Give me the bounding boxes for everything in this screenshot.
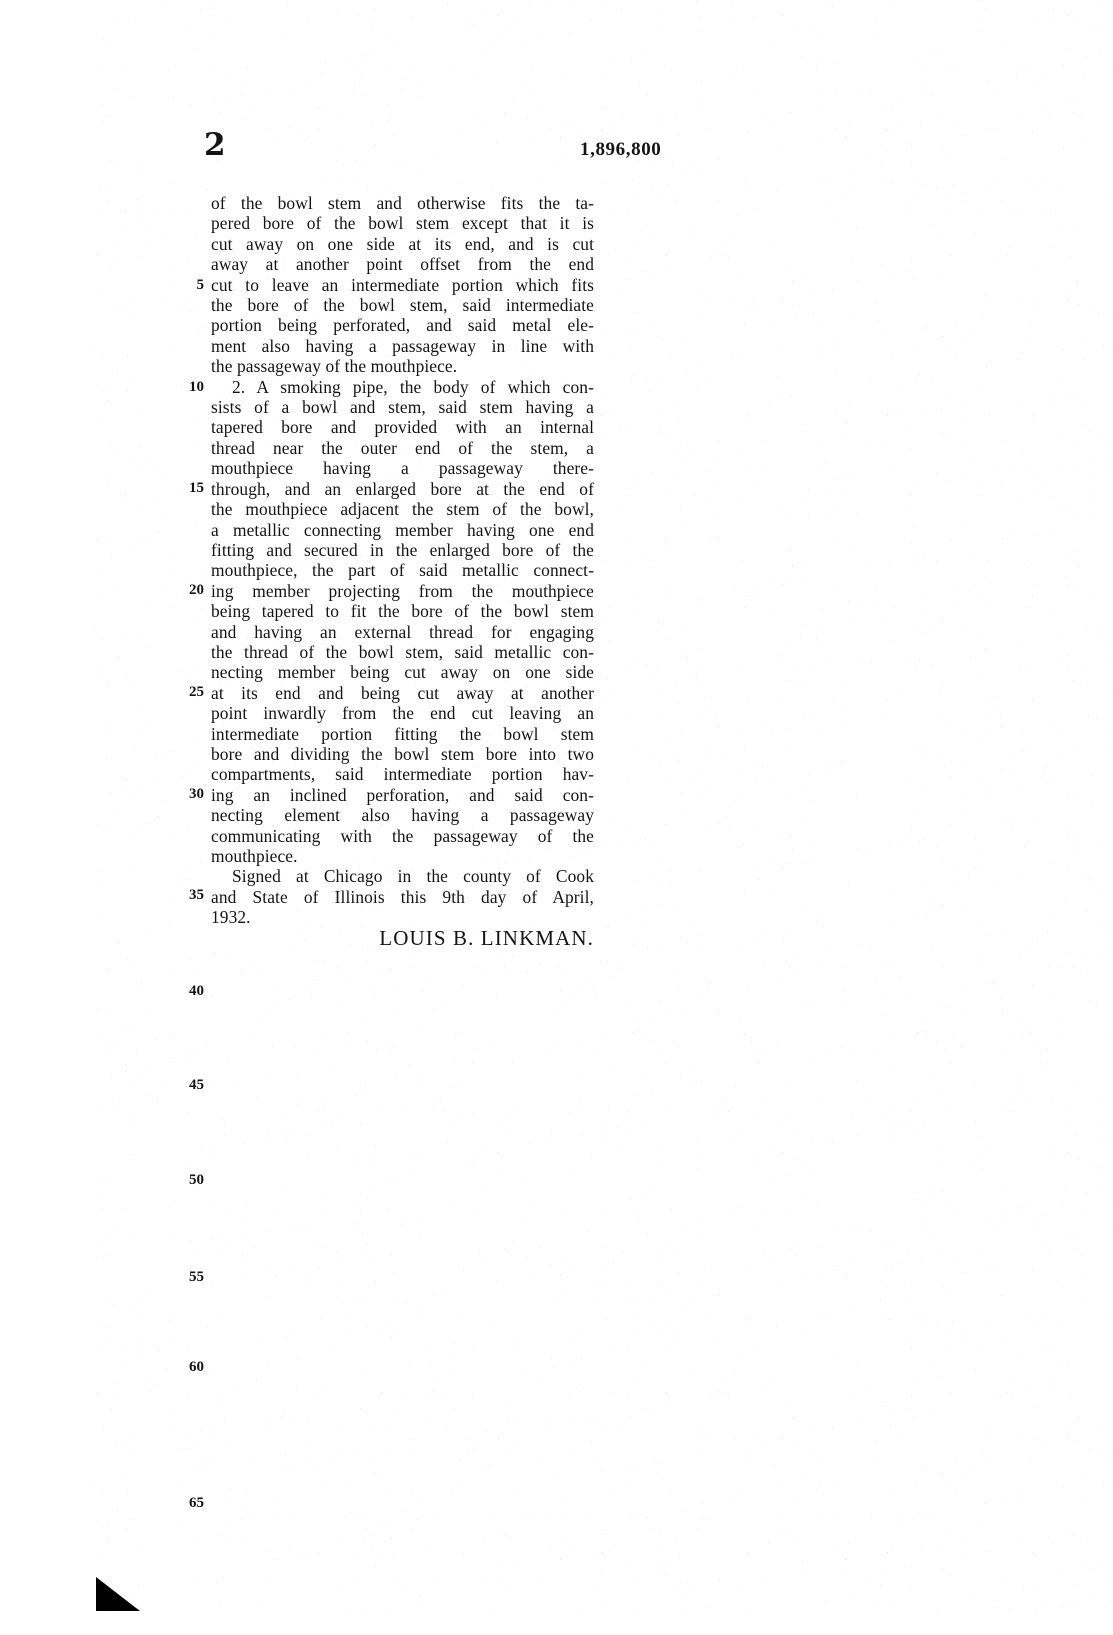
body-line: a metallic connecting member having one … — [211, 520, 594, 540]
patent-page: 2 1,896,800 5101520253035404550556065 of… — [0, 0, 1113, 1635]
margin-line-number: 65 — [158, 1495, 204, 1511]
body-line: the bore of the bowl stem, said intermed… — [211, 295, 594, 315]
body-line: 2. A smoking pipe, the body of which con… — [211, 377, 594, 397]
scan-corner-artifact — [96, 1577, 140, 1611]
margin-line-number: 15 — [158, 480, 204, 496]
page-number: 2 — [204, 128, 226, 162]
body-line: 1932. — [211, 907, 594, 927]
body-line: sists of a bowl and stem, said stem havi… — [211, 397, 594, 417]
margin-line-number: 20 — [158, 582, 204, 598]
body-line: and having an external thread for engagi… — [211, 622, 594, 642]
body-line: through, and an enlarged bore at the end… — [211, 479, 594, 499]
body-line: at its end and being cut away at another — [211, 683, 594, 703]
body-line: the mouthpiece adjacent the stem of the … — [211, 499, 594, 519]
margin-line-number: 25 — [158, 684, 204, 700]
margin-line-number: 10 — [158, 379, 204, 395]
body-line: point inwardly from the end cut leaving … — [211, 703, 594, 723]
margin-line-number: 40 — [158, 983, 204, 999]
body-line: ing member projecting from the mouthpiec… — [211, 581, 594, 601]
body-line: the thread of the bowl stem, said metall… — [211, 642, 594, 662]
body-line: and State of Illinois this 9th day of Ap… — [211, 887, 594, 907]
claims-text-column: of the bowl stem and otherwise fits the … — [211, 193, 594, 928]
body-line: communicating with the passageway of the — [211, 826, 594, 846]
margin-line-number: 60 — [158, 1359, 204, 1375]
body-line: portion being perforated, and said metal… — [211, 315, 594, 335]
margin-line-number: 45 — [158, 1077, 204, 1093]
body-line: mouthpiece having a passageway there- — [211, 458, 594, 478]
margin-line-number: 55 — [158, 1269, 204, 1285]
body-line: compartments, said intermediate portion … — [211, 764, 594, 784]
body-line: mouthpiece, the part of said metallic co… — [211, 560, 594, 580]
body-line: mouthpiece. — [211, 846, 594, 866]
body-line: pered bore of the bowl stem except that … — [211, 213, 594, 233]
body-line: of the bowl stem and otherwise fits the … — [211, 193, 594, 213]
body-line: tapered bore and provided with an intern… — [211, 417, 594, 437]
body-line: cut away on one side at its end, and is … — [211, 234, 594, 254]
body-line: fitting and secured in the enlarged bore… — [211, 540, 594, 560]
body-line: Signed at Chicago in the county of Cook — [211, 866, 594, 886]
body-line: necting element also having a passageway — [211, 805, 594, 825]
signature-name: LOUIS B. LINKMAN. — [211, 926, 594, 950]
body-line: ing an inclined perforation, and said co… — [211, 785, 594, 805]
margin-line-number: 30 — [158, 786, 204, 802]
body-line: intermediate portion fitting the bowl st… — [211, 724, 594, 744]
body-line: being tapered to fit the bore of the bow… — [211, 601, 594, 621]
margin-line-number: 50 — [158, 1172, 204, 1188]
body-line: the passageway of the mouthpiece. — [211, 356, 594, 376]
margin-line-number: 35 — [158, 887, 204, 903]
body-line: bore and dividing the bowl stem bore int… — [211, 744, 594, 764]
body-line: ment also having a passageway in line wi… — [211, 336, 594, 356]
margin-line-number: 5 — [158, 277, 204, 293]
body-line: necting member being cut away on one sid… — [211, 662, 594, 682]
patent-number: 1,896,800 — [580, 139, 661, 161]
body-line: cut to leave an intermediate portion whi… — [211, 275, 594, 295]
body-line: away at another point offset from the en… — [211, 254, 594, 274]
body-line: thread near the outer end of the stem, a — [211, 438, 594, 458]
